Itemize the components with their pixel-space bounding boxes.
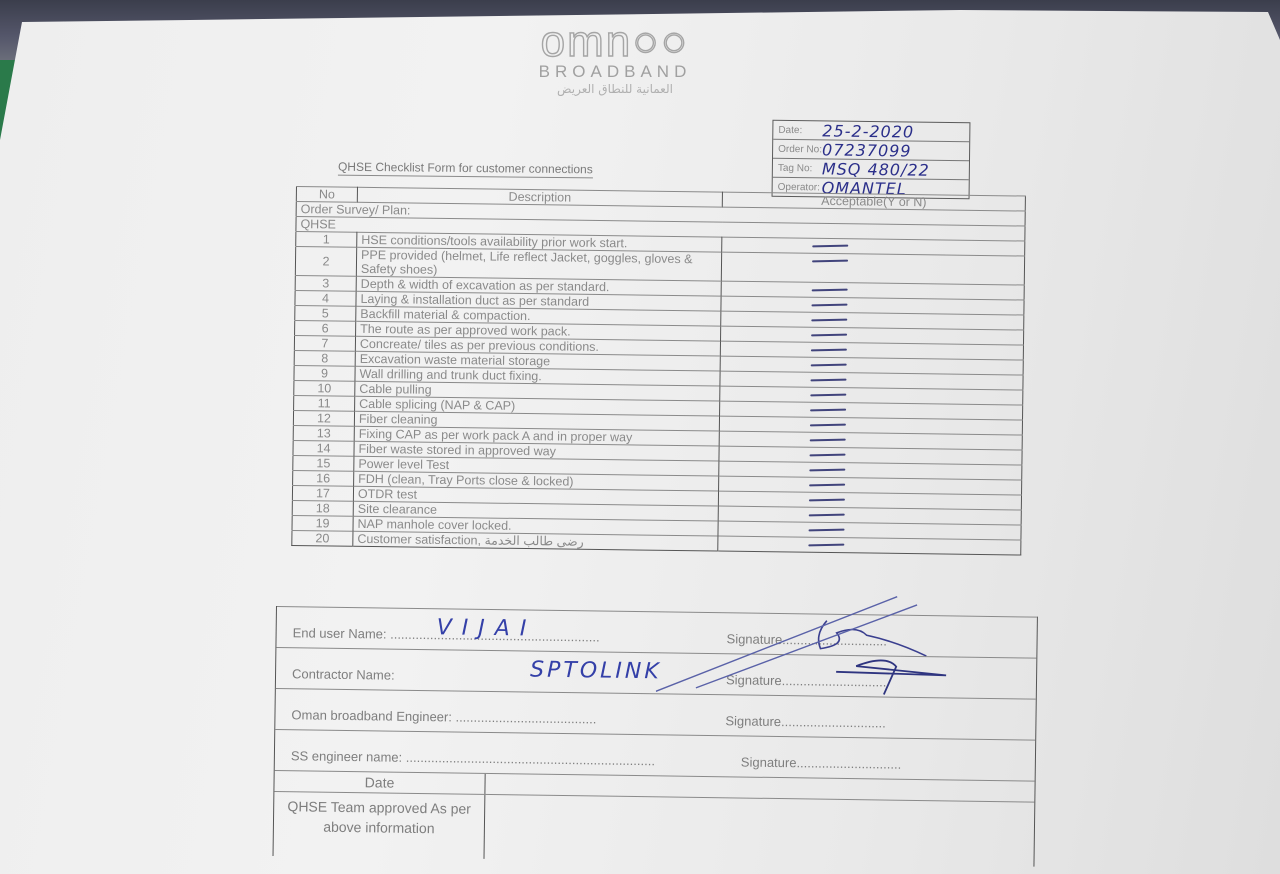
meta-value[interactable]: MSQ 480/22 (822, 159, 930, 179)
end-user-name-handwritten[interactable]: VIJAI (437, 615, 537, 641)
ss-engineer-signature-label: Signature............................. (741, 755, 902, 772)
handwritten-dash-mark (812, 260, 848, 263)
meta-label: Order No: (773, 143, 822, 155)
qhse-approved-label: QHSE Team approved As per above informat… (274, 792, 486, 859)
meta-row: Date: 25-2-2020 (773, 121, 969, 142)
meta-label: Tag No: (773, 162, 822, 174)
signature-section: End user Name: .........................… (273, 606, 1038, 867)
meta-label: Operator: (773, 181, 822, 193)
checklist-table: No Description Acceptable(Y or N) Order … (291, 186, 1026, 556)
row-number: 13 (293, 425, 354, 441)
handwritten-dash-mark (808, 544, 844, 547)
meta-label: Date: (773, 124, 822, 136)
date-label: Date (274, 771, 485, 794)
logo-subtitle: BROADBAND (495, 62, 735, 82)
row-number: 19 (292, 515, 353, 531)
qhse-approval-row: QHSE Team approved As per above informat… (274, 791, 1035, 867)
row-number: 9 (294, 365, 355, 381)
row-acceptable-cell[interactable] (721, 252, 1024, 285)
handwritten-dash-mark (809, 469, 845, 472)
logo-mark: omn○○ (495, 22, 735, 62)
row-number: 5 (295, 305, 356, 321)
row-number: 8 (294, 350, 355, 366)
meta-row: Tag No: MSQ 480/22 (773, 159, 969, 180)
row-number: 11 (294, 395, 355, 411)
row-number: 12 (293, 410, 354, 426)
handwritten-dash-mark (811, 304, 847, 307)
row-number: 2 (295, 247, 356, 277)
omantel-broadband-logo: omn○○ BROADBAND العمانية للنطاق العريض (495, 22, 735, 96)
oman-engineer-signature-label: Signature............................. (725, 713, 886, 730)
handwritten-dash-mark (812, 289, 848, 292)
row-number: 4 (295, 290, 356, 306)
contractor-name-handwritten[interactable]: SPTOLINK (530, 658, 662, 685)
row-number: 6 (295, 320, 356, 336)
handwritten-dash-mark (812, 245, 848, 248)
handwritten-dash-mark (810, 424, 846, 427)
handwritten-dash-mark (811, 349, 847, 352)
row-number: 18 (292, 500, 353, 516)
oman-engineer-label: Oman broadband Engineer: ...............… (291, 707, 596, 726)
row-description: PPE provided (helmet, Life reflect Jacke… (356, 247, 721, 281)
row-number: 10 (294, 380, 355, 396)
logo-arabic: العمانية للنطاق العريض (495, 82, 735, 96)
handwritten-dash-mark (809, 499, 845, 502)
row-number: 1 (296, 232, 357, 248)
handwritten-dash-mark (811, 319, 847, 322)
handwritten-dash-mark (811, 364, 847, 367)
row-number: 7 (294, 335, 355, 351)
handwritten-dash-mark (810, 454, 846, 457)
ss-engineer-label: SS engineer name: ......................… (291, 748, 655, 768)
row-number: 3 (295, 275, 356, 291)
row-number: 15 (293, 455, 354, 471)
meta-value[interactable]: 25-2-2020 (822, 121, 914, 141)
row-number: 14 (293, 440, 354, 456)
contractor-label: Contractor Name: (292, 666, 395, 682)
handwritten-dash-mark (810, 409, 846, 412)
handwritten-dash-mark (809, 484, 845, 487)
contractor-signature-scribble (656, 591, 958, 705)
form-title: QHSE Checklist Form for customer connect… (338, 160, 593, 179)
handwritten-dash-mark (810, 394, 846, 397)
meta-box: Date: 25-2-2020Order No: 07237099Tag No:… (772, 120, 971, 199)
header-no: No (296, 187, 357, 203)
row-number: 17 (292, 485, 353, 501)
checklist-form: No Description Acceptable(Y or N) Order … (291, 186, 1026, 556)
row-number: 20 (292, 530, 353, 546)
handwritten-dash-mark (810, 379, 846, 382)
handwritten-dash-mark (809, 529, 845, 532)
meta-value[interactable]: 07237099 (822, 140, 912, 160)
row-number: 16 (293, 470, 354, 486)
qhse-approval-field[interactable] (484, 795, 1034, 867)
handwritten-dash-mark (809, 514, 845, 517)
handwritten-dash-mark (810, 439, 846, 442)
handwritten-dash-mark (811, 334, 847, 337)
meta-row: Order No: 07237099 (773, 140, 969, 161)
